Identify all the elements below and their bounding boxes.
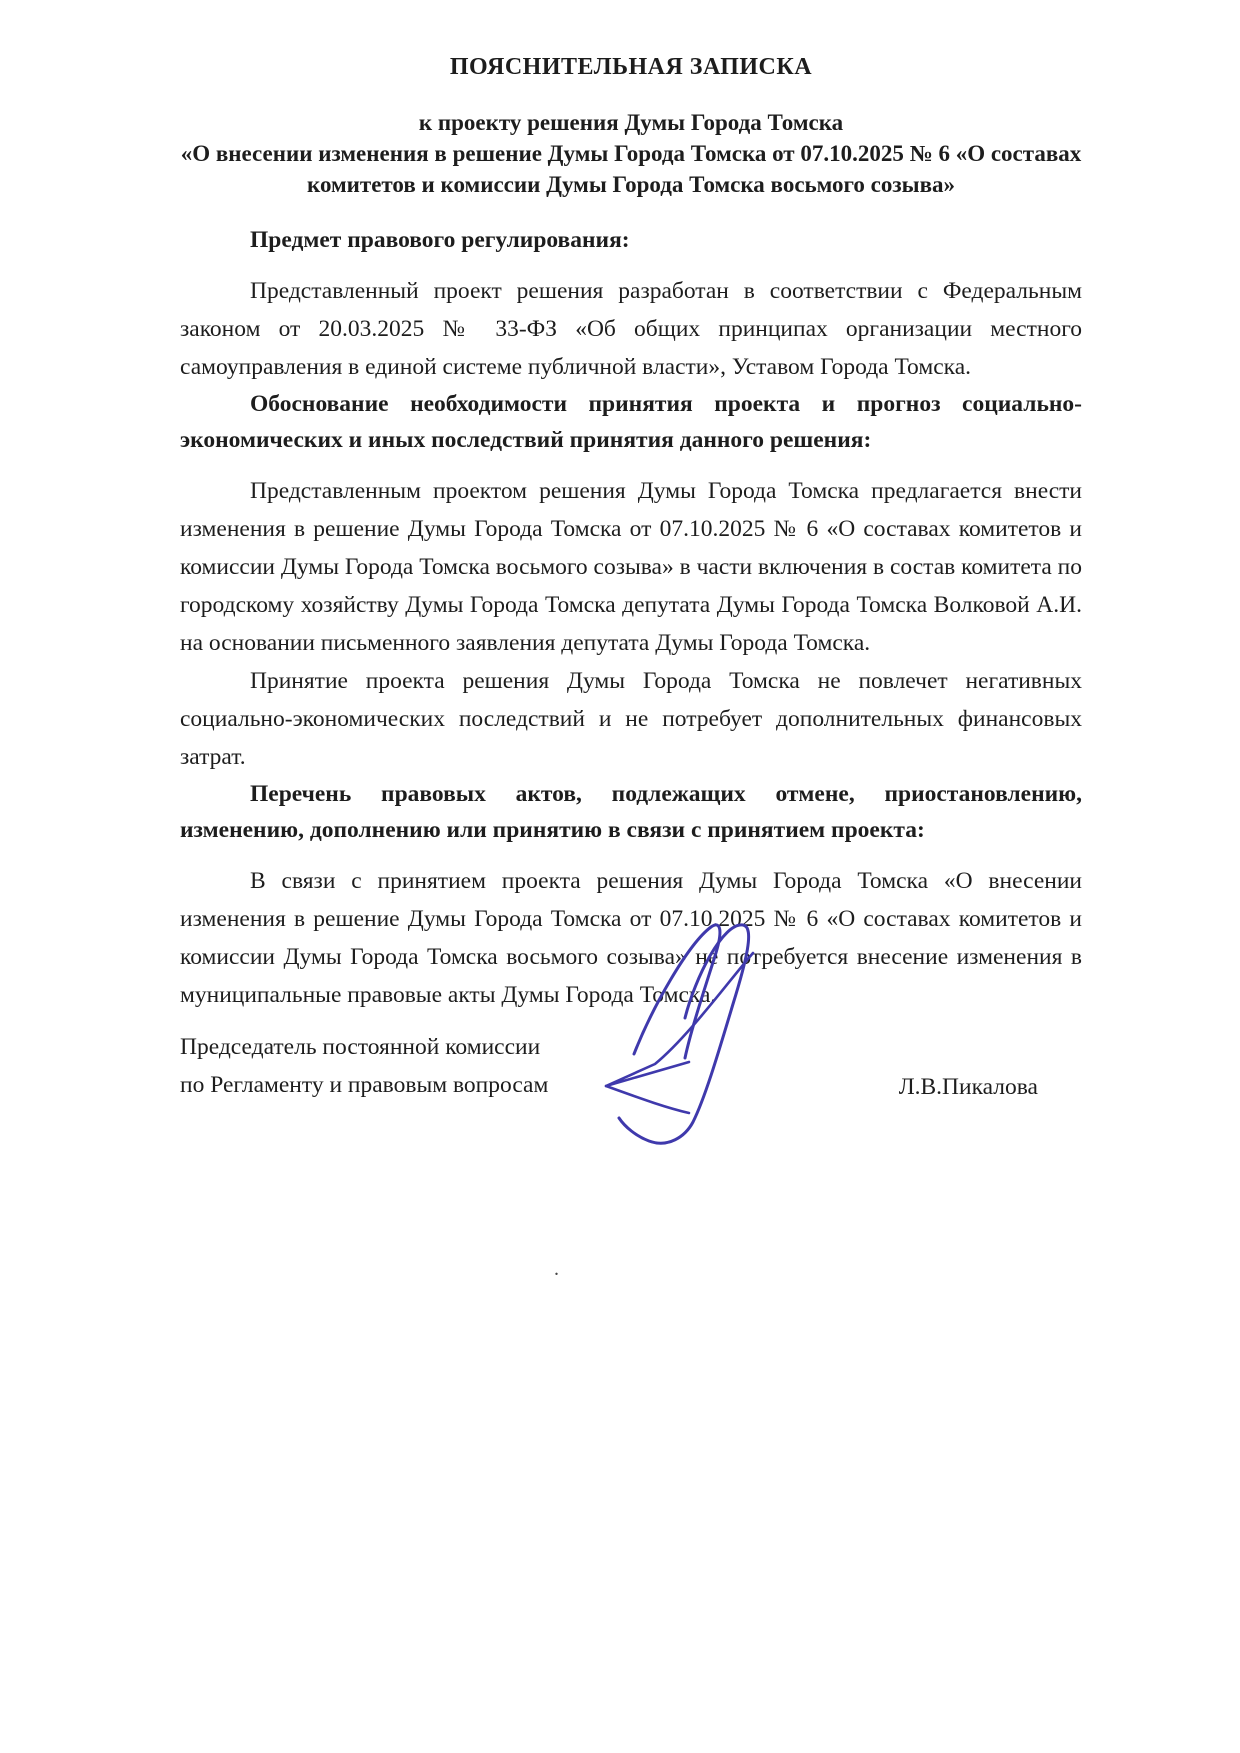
section-subject: Предмет правового регулирования: Предста… [180,222,1082,386]
paragraph: Принятие проекта решения Думы Города Том… [180,662,1082,776]
paragraph: Представленный проект решения разработан… [180,272,1082,386]
handwritten-signature-icon [592,916,784,1152]
section-justification: Обоснование необходимости принятия проек… [180,386,1082,776]
signatory-name: Л.В.Пикалова [899,1068,1038,1106]
paragraph: Представленным проектом решения Думы Гор… [180,472,1082,662]
stray-scan-mark: . [554,1258,559,1281]
document-body: ПОЯСНИТЕЛЬНАЯ ЗАПИСКА к проекту решения … [180,54,1082,1014]
section-heading: Обоснование необходимости принятия проек… [180,386,1082,458]
subtitle-line: к проекту решения Думы Города Томска [180,107,1082,138]
section-heading: Предмет правового регулирования: [180,222,1082,258]
section-heading: Перечень правовых актов, подлежащих отме… [180,776,1082,848]
document-title: ПОЯСНИТЕЛЬНАЯ ЗАПИСКА [180,54,1082,81]
subtitle-line: «О внесении изменения в решение Думы Гор… [180,138,1082,169]
document-subtitle: к проекту решения Думы Города Томска «О … [180,107,1082,200]
scanned-document-page: ПОЯСНИТЕЛЬНАЯ ЗАПИСКА к проекту решения … [0,0,1240,1753]
subtitle-line: комитетов и комиссии Думы Города Томска … [180,169,1082,200]
